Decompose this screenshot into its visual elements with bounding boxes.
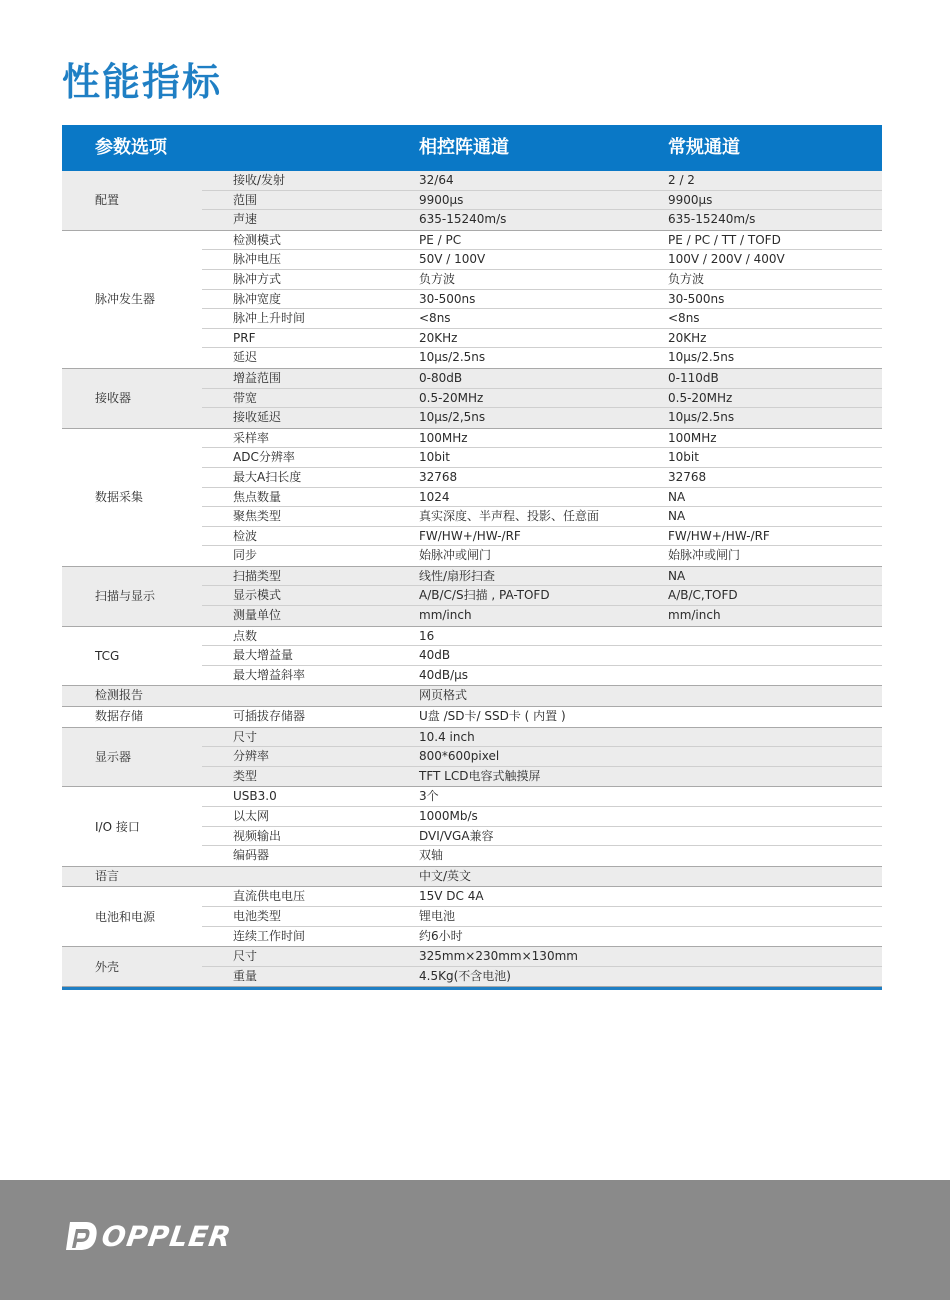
group-label: 接收器: [95, 390, 131, 406]
table-row: 显示模式A/B/C/S扫描 , PA-TOFDA/B/C,TOFD: [202, 586, 882, 606]
table-row: 脉冲上升时间<8ns<8ns: [202, 309, 882, 329]
conventional-cell: mm/inch: [668, 606, 721, 626]
param-cell: 扫描类型: [233, 567, 281, 587]
table-group: 数据采集采样率100MHz100MHzADC分辨率10bit10bit最大A扫长…: [62, 429, 882, 567]
param-cell: 编码器: [233, 846, 269, 866]
param-cell: 最大增益斜率: [233, 666, 305, 686]
phased-array-cell: 9900μs: [419, 191, 463, 211]
table-group: 接收器增益范围0-80dB0-110dB带宽0.5-20MHz0.5-20MHz…: [62, 369, 882, 429]
table-row: 采样率100MHz100MHz: [202, 429, 882, 449]
doppler-logo: OPPLER: [64, 1216, 231, 1256]
group-label: 扫描与显示: [95, 588, 155, 604]
table-row: 脉冲方式负方波负方波: [202, 270, 882, 290]
phased-array-cell: 10μs/2.5ns: [419, 348, 485, 368]
table-row: 延迟10μs/2.5ns10μs/2.5ns: [202, 348, 882, 368]
logo-text: OPPLER: [100, 1220, 234, 1253]
phased-array-cell: 3个: [419, 787, 439, 807]
conventional-cell: NA: [668, 567, 685, 587]
phased-array-cell: 100MHz: [419, 429, 468, 449]
group-label: 脉冲发生器: [95, 291, 155, 307]
table-body: 配置接收/发射32/642 / 2范围9900μs9900μs声速635-152…: [62, 171, 882, 987]
param-cell: 直流供电电压: [233, 887, 305, 907]
conventional-cell: 0-110dB: [668, 369, 719, 389]
conventional-cell: FW/HW+/HW-/RF: [668, 527, 770, 547]
table-group: 扫描与显示扫描类型线性/扇形扫查NA显示模式A/B/C/S扫描 , PA-TOF…: [62, 567, 882, 627]
param-cell: 声速: [233, 210, 257, 230]
table-row: 最大增益量40dB: [202, 646, 882, 666]
phased-array-cell: 800*600pixel: [419, 747, 499, 767]
param-cell: ADC分辨率: [233, 448, 295, 468]
phased-array-cell: 真实深度、半声程、投影、任意面: [419, 507, 599, 527]
phased-array-cell: 0.5-20MHz: [419, 389, 483, 409]
table-group: 外壳尺寸325mm×230mm×130mm重量4.5Kg(不含电池): [62, 947, 882, 987]
phased-array-cell: 40dB/μs: [419, 666, 468, 686]
param-cell: 脉冲上升时间: [233, 309, 305, 329]
conventional-cell: 0.5-20MHz: [668, 389, 732, 409]
group-label: TCG: [95, 648, 119, 664]
param-cell: 脉冲宽度: [233, 290, 281, 310]
param-cell: USB3.0: [233, 787, 277, 807]
table-row: 分辨率800*600pixel: [202, 747, 882, 767]
phased-array-cell: FW/HW+/HW-/RF: [419, 527, 521, 547]
param-cell: 聚焦类型: [233, 507, 281, 527]
param-cell: 脉冲方式: [233, 270, 281, 290]
phased-array-cell: 325mm×230mm×130mm: [419, 947, 578, 967]
conventional-cell: NA: [668, 488, 685, 508]
phased-array-cell: 32768: [419, 468, 457, 488]
table-row: 范围9900μs9900μs: [202, 191, 882, 211]
phased-array-cell: 4.5Kg(不含电池): [419, 967, 511, 987]
table-row: 可插拔存储器U盘 /SD卡/ SSD卡 ( 内置 ): [62, 707, 882, 727]
phased-array-cell: 40dB: [419, 646, 450, 666]
param-cell: 同步: [233, 546, 257, 566]
table-row: 中文/英文: [62, 867, 882, 887]
conventional-cell: 10μs/2.5ns: [668, 408, 734, 428]
footer: OPPLER: [0, 1180, 950, 1300]
phased-array-cell: 32/64: [419, 171, 454, 191]
table-row: PRF20KHz20KHz: [202, 329, 882, 349]
conventional-cell: 32768: [668, 468, 706, 488]
table-row: 视频输出DVI/VGA兼容: [202, 827, 882, 847]
phased-array-cell: 16: [419, 627, 434, 647]
phased-array-cell: 50V / 100V: [419, 250, 485, 270]
table-row: 尺寸10.4 inch: [202, 728, 882, 748]
param-cell: 测量单位: [233, 606, 281, 626]
table-row: 接收/发射32/642 / 2: [202, 171, 882, 191]
table-row: 直流供电电压15V DC 4A: [202, 887, 882, 907]
conventional-cell: 始脉冲或闸门: [668, 546, 740, 566]
phased-array-cell: 10.4 inch: [419, 728, 475, 748]
phased-array-cell: 约6小时: [419, 927, 463, 947]
table-group: 配置接收/发射32/642 / 2范围9900μs9900μs声速635-152…: [62, 171, 882, 231]
table-group: 电池和电源直流供电电压15V DC 4A电池类型锂电池连续工作时间约6小时: [62, 887, 882, 947]
param-cell: 延迟: [233, 348, 257, 368]
phased-array-cell: 双轴: [419, 846, 443, 866]
table-row: 测量单位mm/inchmm/inch: [202, 606, 882, 626]
phased-array-cell: 15V DC 4A: [419, 887, 484, 907]
phased-array-cell: 始脉冲或闸门: [419, 546, 491, 566]
param-cell: 分辨率: [233, 747, 269, 767]
group-label: 外壳: [95, 959, 119, 975]
table-row: 网页格式: [62, 686, 882, 706]
param-cell: 视频输出: [233, 827, 281, 847]
phased-array-cell: A/B/C/S扫描 , PA-TOFD: [419, 586, 550, 606]
param-cell: 焦点数量: [233, 488, 281, 508]
table-row: 扫描类型线性/扇形扫查NA: [202, 567, 882, 587]
table-group: TCG点数16最大增益量40dB最大增益斜率40dB/μs: [62, 627, 882, 687]
group-label: I/O 接口: [95, 819, 140, 835]
table-header: 参数选项 相控阵通道 常规通道: [62, 125, 882, 171]
table-row: 接收延迟10μs/2,5ns10μs/2.5ns: [202, 408, 882, 428]
table-row: 声速635-15240m/s635-15240m/s: [202, 210, 882, 230]
phased-array-cell: PE / PC: [419, 231, 461, 251]
phased-array-cell: 635-15240m/s: [419, 210, 506, 230]
header-phased-array: 相控阵通道: [419, 137, 509, 159]
param-cell: PRF: [233, 329, 255, 349]
table-row: 最大增益斜率40dB/μs: [202, 666, 882, 686]
group-label: 显示器: [95, 749, 131, 765]
param-cell: 以太网: [233, 807, 269, 827]
table-row: 尺寸325mm×230mm×130mm: [202, 947, 882, 967]
header-param: 参数选项: [95, 137, 167, 159]
phased-array-cell: 线性/扇形扫查: [419, 567, 495, 587]
param-cell: 尺寸: [233, 947, 257, 967]
param-cell: 采样率: [233, 429, 269, 449]
phased-array-cell: DVI/VGA兼容: [419, 827, 494, 847]
conventional-cell: 100V / 200V / 400V: [668, 250, 785, 270]
param-cell: 接收/发射: [233, 171, 285, 191]
table-group: 检测报告网页格式: [62, 686, 882, 707]
table-row: 焦点数量1024NA: [202, 488, 882, 508]
phased-array-cell: 1000Mb/s: [419, 807, 478, 827]
phased-array-cell: 负方波: [419, 270, 455, 290]
table-row: 类型TFT LCD电容式触摸屏: [202, 767, 882, 787]
phased-array-cell: 10μs/2,5ns: [419, 408, 485, 428]
table-row: 同步始脉冲或闸门始脉冲或闸门: [202, 546, 882, 566]
param-cell: 显示模式: [233, 586, 281, 606]
phased-array-cell: <8ns: [419, 309, 451, 329]
header-conventional: 常规通道: [668, 137, 740, 159]
table-row: 重量4.5Kg(不含电池): [202, 967, 882, 987]
phased-array-cell: 0-80dB: [419, 369, 462, 389]
table-row: 检测模式PE / PCPE / PC / TT / TOFD: [202, 231, 882, 251]
param-cell: 点数: [233, 627, 257, 647]
conventional-cell: <8ns: [668, 309, 700, 329]
table-row: 最大A扫长度3276832768: [202, 468, 882, 488]
table-bottom-rule: [62, 987, 882, 990]
spec-table: 参数选项 相控阵通道 常规通道 配置接收/发射32/642 / 2范围9900μ…: [62, 125, 882, 990]
table-group: 语言中文/英文: [62, 867, 882, 888]
table-row: 脉冲宽度30-500ns30-500ns: [202, 290, 882, 310]
conventional-cell: 2 / 2: [668, 171, 695, 191]
conventional-cell: 9900μs: [668, 191, 712, 211]
conventional-cell: 30-500ns: [668, 290, 724, 310]
table-group: 数据存储可插拔存储器U盘 /SD卡/ SSD卡 ( 内置 ): [62, 707, 882, 728]
table-group: I/O 接口USB3.03个以太网1000Mb/s视频输出DVI/VGA兼容编码…: [62, 787, 882, 866]
phased-array-cell: 锂电池: [419, 907, 455, 927]
param-cell: 重量: [233, 967, 257, 987]
table-group: 脉冲发生器检测模式PE / PCPE / PC / TT / TOFD脉冲电压5…: [62, 231, 882, 369]
conventional-cell: A/B/C,TOFD: [668, 586, 738, 606]
param-cell: 可插拔存储器: [233, 707, 305, 727]
phased-array-cell: 网页格式: [419, 686, 467, 706]
conventional-cell: 100MHz: [668, 429, 717, 449]
param-cell: 最大增益量: [233, 646, 293, 666]
conventional-cell: 20KHz: [668, 329, 706, 349]
param-cell: 连续工作时间: [233, 927, 305, 947]
phased-array-cell: 1024: [419, 488, 450, 508]
phased-array-cell: 20KHz: [419, 329, 457, 349]
table-group: 显示器尺寸10.4 inch分辨率800*600pixel类型TFT LCD电容…: [62, 728, 882, 788]
param-cell: 检测模式: [233, 231, 281, 251]
conventional-cell: 10μs/2.5ns: [668, 348, 734, 368]
param-cell: 增益范围: [233, 369, 281, 389]
param-cell: 带宽: [233, 389, 257, 409]
group-label: 配置: [95, 192, 119, 208]
param-cell: 脉冲电压: [233, 250, 281, 270]
conventional-cell: 635-15240m/s: [668, 210, 755, 230]
page-title: 性能指标: [62, 58, 222, 106]
table-row: 聚焦类型真实深度、半声程、投影、任意面NA: [202, 507, 882, 527]
param-cell: 范围: [233, 191, 257, 211]
phased-array-cell: 10bit: [419, 448, 450, 468]
conventional-cell: NA: [668, 507, 685, 527]
phased-array-cell: 中文/英文: [419, 867, 471, 887]
table-row: 点数16: [202, 627, 882, 647]
conventional-cell: 10bit: [668, 448, 699, 468]
table-row: ADC分辨率10bit10bit: [202, 448, 882, 468]
group-label: 电池和电源: [95, 909, 155, 925]
group-label: 数据采集: [95, 489, 143, 505]
phased-array-cell: U盘 /SD卡/ SSD卡 ( 内置 ): [419, 707, 566, 727]
param-cell: 尺寸: [233, 728, 257, 748]
phased-array-cell: 30-500ns: [419, 290, 475, 310]
table-row: 电池类型锂电池: [202, 907, 882, 927]
table-row: USB3.03个: [202, 787, 882, 807]
table-row: 脉冲电压50V / 100V100V / 200V / 400V: [202, 250, 882, 270]
phased-array-cell: TFT LCD电容式触摸屏: [419, 767, 540, 787]
table-row: 编码器双轴: [202, 846, 882, 866]
table-row: 增益范围0-80dB0-110dB: [202, 369, 882, 389]
conventional-cell: PE / PC / TT / TOFD: [668, 231, 781, 251]
phased-array-cell: mm/inch: [419, 606, 472, 626]
doppler-d-icon: [64, 1218, 100, 1254]
table-row: 以太网1000Mb/s: [202, 807, 882, 827]
table-row: 连续工作时间约6小时: [202, 927, 882, 947]
param-cell: 接收延迟: [233, 408, 281, 428]
param-cell: 电池类型: [233, 907, 281, 927]
conventional-cell: 负方波: [668, 270, 704, 290]
param-cell: 检波: [233, 527, 257, 547]
table-row: 检波FW/HW+/HW-/RFFW/HW+/HW-/RF: [202, 527, 882, 547]
param-cell: 最大A扫长度: [233, 468, 301, 488]
param-cell: 类型: [233, 767, 257, 787]
table-row: 带宽0.5-20MHz0.5-20MHz: [202, 389, 882, 409]
